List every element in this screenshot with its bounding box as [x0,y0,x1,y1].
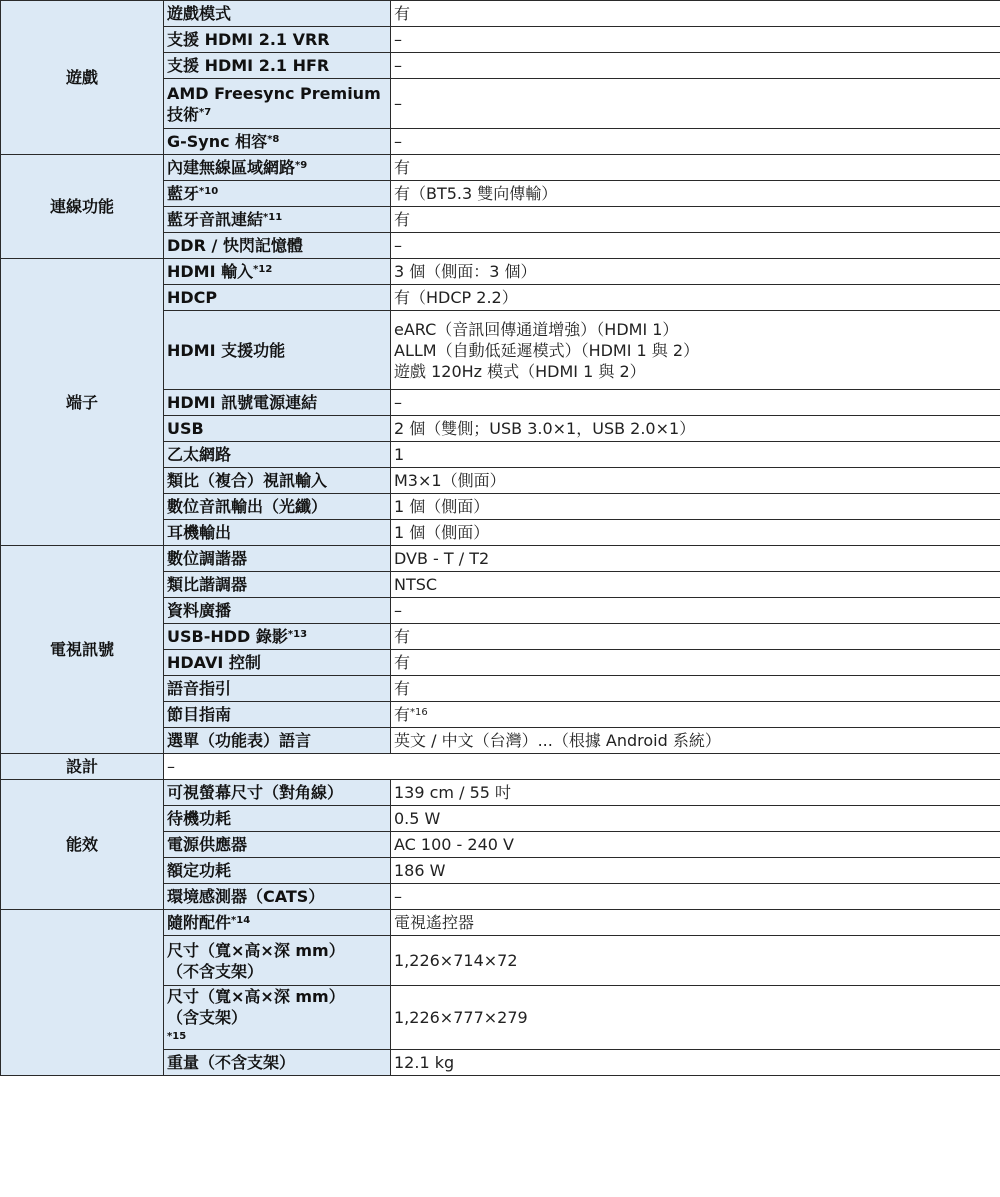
group-gaming: 遊戲 [1,1,164,155]
footnote-marker: *9 [295,160,307,171]
spec-value: 有 [391,624,1000,650]
spec-value: – [391,390,1000,416]
table-row: 能效 可視螢幕尺寸（對角線） 139 cm / 55 吋 [1,780,1000,806]
footnote-marker: *8 [267,134,279,145]
spec-value: – [391,53,1000,79]
spec-value: 1,226×714×72 [391,936,1000,986]
spec-label: 類比諧調器 [164,572,391,598]
spec-value: NTSC [391,572,1000,598]
table-row: 設計 – [1,754,1000,780]
table-row: 電視訊號 數位調諧器 DVB - T / T2 [1,546,1000,572]
spec-label: 重量（不含支架） [164,1050,391,1076]
group-tv-signal: 電視訊號 [1,546,164,754]
spec-value: – [391,79,1000,129]
spec-label: 遊戲模式 [164,1,391,27]
spec-value: 12.1 kg [391,1050,1000,1076]
spec-label: 待機功耗 [164,806,391,832]
hdmi-feature-allm: ALLM（自動低延遲模式）（HDMI 1 與 2） [394,340,997,361]
spec-label: 隨附配件*14 [164,910,391,936]
spec-label: 語音指引 [164,676,391,702]
spec-value: – [391,598,1000,624]
spec-value: 有 [391,1,1000,27]
footnote-marker: *16 [410,707,428,718]
spec-value: DVB - T / T2 [391,546,1000,572]
spec-label: HDMI 訊號電源連結 [164,390,391,416]
spec-value: – [391,27,1000,53]
spec-label: 藍牙*10 [164,181,391,207]
spec-value: M3×1（側面） [391,468,1000,494]
hdmi-feature-120hz: 遊戲 120Hz 模式（HDMI 1 與 2） [394,361,997,382]
spec-label: 藍牙音訊連結*11 [164,207,391,233]
spec-label: USB [164,416,391,442]
spec-label: HDMI 輸入*12 [164,259,391,285]
spec-value: eARC（音訊回傳通道增強）（HDMI 1） ALLM（自動低延遲模式）（HDM… [391,311,1000,390]
footnote-marker: *10 [199,186,218,197]
spec-label: DDR / 快閃記憶體 [164,233,391,259]
spec-value: 有（BT5.3 雙向傳輸） [391,181,1000,207]
spec-label: 支援 HDMI 2.1 VRR [164,27,391,53]
footnote-marker: *12 [253,264,272,275]
spec-value: 1 個（側面） [391,494,1000,520]
spec-label: 乙太網路 [164,442,391,468]
spec-label: HDMI 支援功能 [164,311,391,390]
spec-label: 內建無線區域網路*9 [164,155,391,181]
spec-label: 節目指南 [164,702,391,728]
spec-label: 數位音訊輸出（光纖） [164,494,391,520]
spec-label: 環境感測器（CATS） [164,884,391,910]
spec-value: 有（HDCP 2.2） [391,285,1000,311]
spec-label: 耳機輸出 [164,520,391,546]
spec-label: 電源供應器 [164,832,391,858]
spec-value: 139 cm / 55 吋 [391,780,1000,806]
footnote-marker: *7 [199,107,211,118]
footnote-marker: *11 [263,212,282,223]
spec-label: 尺寸（寬×高×深 mm） （不含支架） [164,936,391,986]
spec-value: – [391,233,1000,259]
group-design: 設計 [1,754,164,780]
spec-label: USB-HDD 錄影*13 [164,624,391,650]
spec-value: 0.5 W [391,806,1000,832]
table-row: 連線功能 內建無線區域網路*9 有 [1,155,1000,181]
spec-label: 數位調諧器 [164,546,391,572]
spec-value: 英文 / 中文（台灣）...（根據 Android 系統） [391,728,1000,754]
footnote-marker: *14 [231,915,250,926]
spec-value: 有 [391,155,1000,181]
group-connectivity: 連線功能 [1,155,164,259]
spec-value: 3 個（側面：3 個） [391,259,1000,285]
spec-label: G-Sync 相容*8 [164,129,391,155]
spec-value: 有 [391,207,1000,233]
spec-label: 支援 HDMI 2.1 HFR [164,53,391,79]
spec-value: 1,226×777×279 [391,986,1000,1050]
spec-label: 資料廣播 [164,598,391,624]
spec-table: 遊戲 遊戲模式 有 支援 HDMI 2.1 VRR – 支援 HDMI 2.1 … [0,0,1000,1076]
spec-label: 額定功耗 [164,858,391,884]
spec-value: – [164,754,1000,780]
spec-value: 電視遙控器 [391,910,1000,936]
spec-value: – [391,884,1000,910]
spec-label: HDAVI 控制 [164,650,391,676]
footnote-marker: *13 [288,629,307,640]
spec-value: 有 [391,650,1000,676]
hdmi-feature-earc: eARC（音訊回傳通道增強）（HDMI 1） [394,319,997,340]
spec-label: HDCP [164,285,391,311]
spec-label: 尺寸（寬×高×深 mm） （含支架）*15 [164,986,391,1050]
table-row: 端子 HDMI 輸入*12 3 個（側面：3 個） [1,259,1000,285]
group-energy: 能效 [1,780,164,910]
footnote-marker: *15 [167,1031,186,1042]
spec-value: AC 100 - 240 V [391,832,1000,858]
spec-value: 有*16 [391,702,1000,728]
table-row: 隨附配件*14 電視遙控器 [1,910,1000,936]
spec-value: 2 個（雙側；USB 3.0×1，USB 2.0×1） [391,416,1000,442]
spec-value: 186 W [391,858,1000,884]
group-other [1,910,164,1076]
spec-label: 選單（功能表）語言 [164,728,391,754]
spec-value: – [391,129,1000,155]
spec-label: AMD Freesync Premium 技術*7 [164,79,391,129]
spec-label: 類比（複合）視訊輸入 [164,468,391,494]
spec-value: 有 [391,676,1000,702]
group-terminals: 端子 [1,259,164,546]
spec-value: 1 個（側面） [391,520,1000,546]
spec-label: 可視螢幕尺寸（對角線） [164,780,391,806]
table-row: 遊戲 遊戲模式 有 [1,1,1000,27]
spec-value: 1 [391,442,1000,468]
